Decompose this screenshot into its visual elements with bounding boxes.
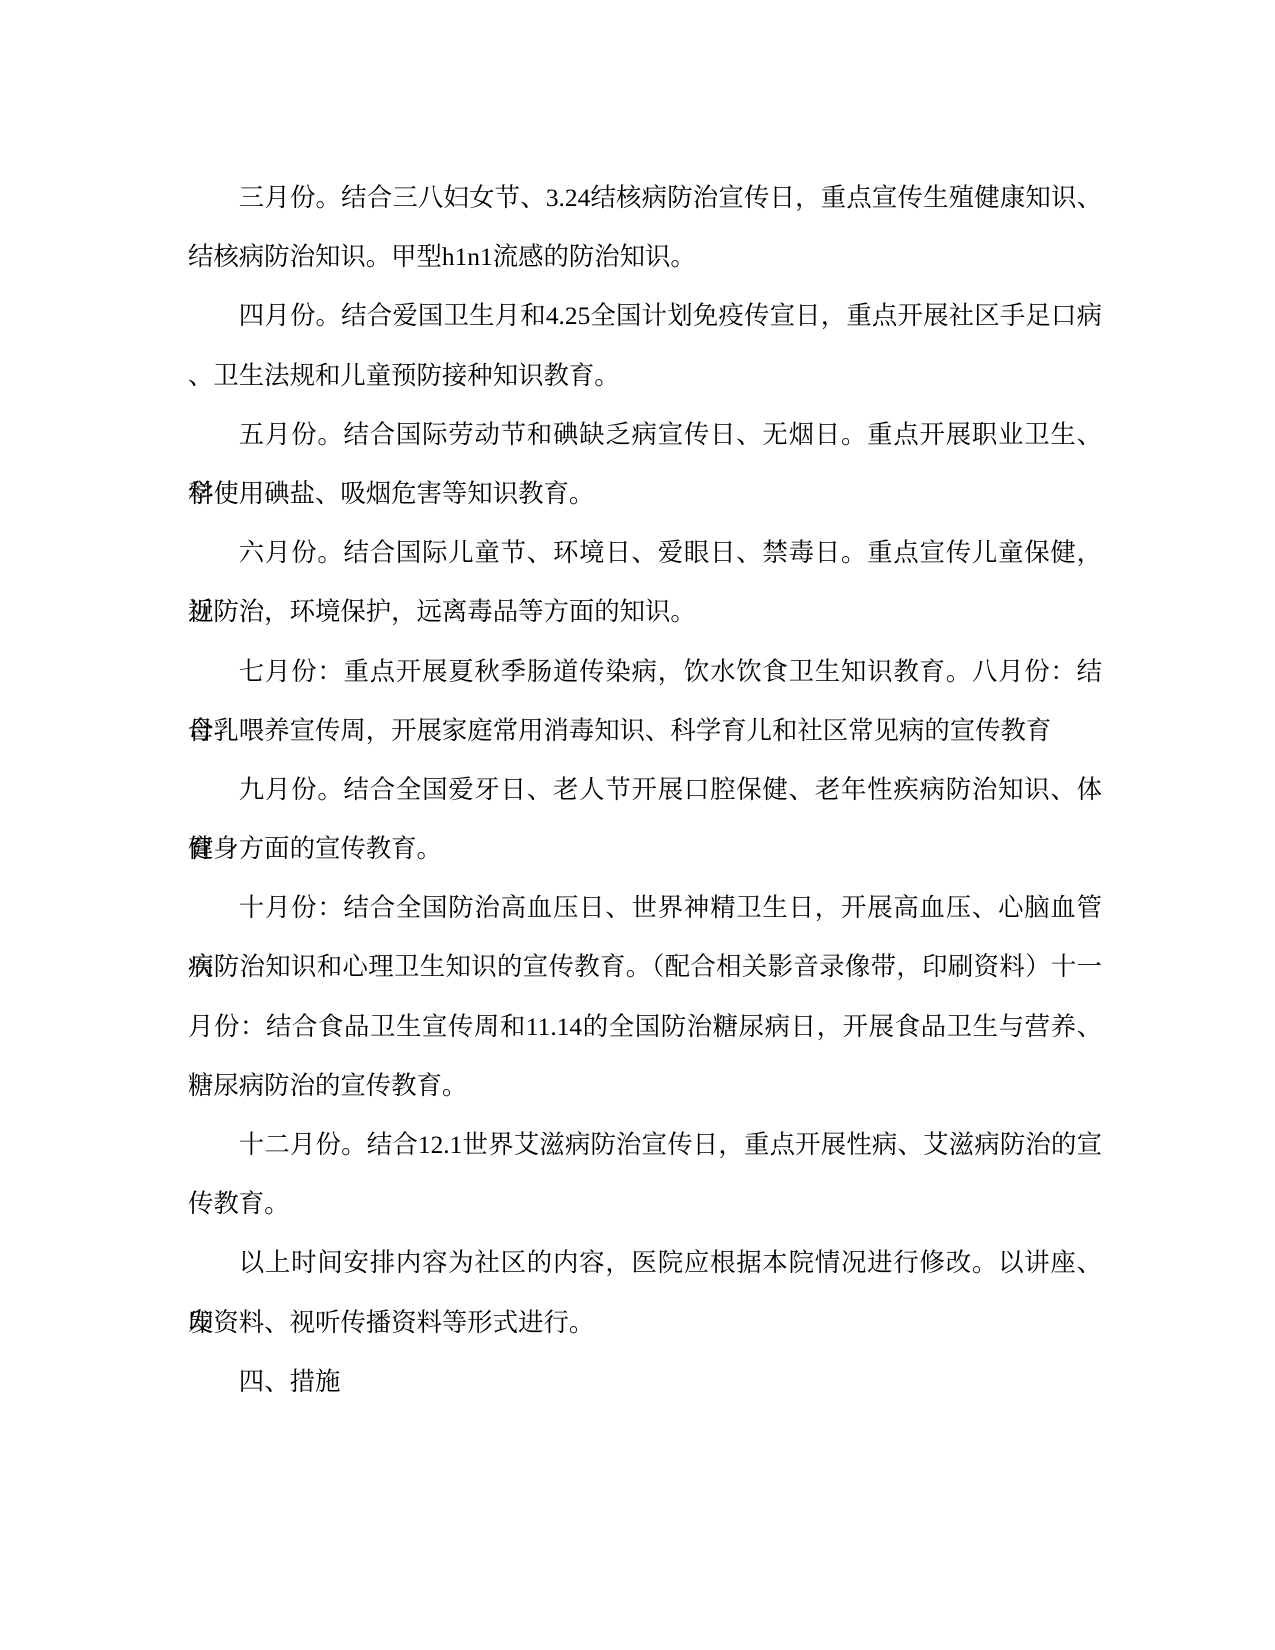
section-heading-line: 四、措施 — [188, 1353, 1102, 1412]
text-line: 结核病防治知识。甲型h1n1流感的防治知识。 — [188, 228, 1102, 287]
text-line: 健身方面的宣传教育。 — [188, 820, 1102, 879]
paragraph: 十月份：结合全国防治高血压日、世界神精卫生日，开展高血压、心脑血管疾 病防治知识… — [188, 879, 1102, 1116]
text-line: 月份：结合食品卫生宣传周和11.14的全国防治糖尿病日，开展食品卫生与营养、 — [188, 998, 1102, 1057]
paragraph: 四月份。结合爱国卫生月和4.25全国计划免疫传宣日，重点开展社区手足口病 、卫生… — [188, 287, 1102, 405]
paragraph: 十二月份。结合12.1世界艾滋病防治宣传日，重点开展性病、艾滋病防治的宣 传教育… — [188, 1116, 1102, 1234]
paragraph: 三月份。结合三八妇女节、3.24结核病防治宣传日，重点宣传生殖健康知识、 结核病… — [188, 169, 1102, 287]
document-body: 三月份。结合三八妇女节、3.24结核病防治宣传日，重点宣传生殖健康知识、 结核病… — [188, 169, 1102, 1412]
document-page: 三月份。结合三八妇女节、3.24结核病防治宣传日，重点宣传生殖健康知识、 结核病… — [0, 0, 1275, 1650]
paragraph: 以上时间安排内容为社区的内容，医院应根据本院情况进行修改。以讲座、印 发资料、视… — [188, 1234, 1102, 1352]
text-line: 十月份：结合全国防治高血压日、世界神精卫生日，开展高血压、心脑血管疾 — [188, 879, 1102, 938]
text-line: 母乳喂养宣传周，开展家庭常用消毒知识、科学育儿和社区常见病的宣传教育 — [188, 702, 1102, 761]
text-line: 发资料、视听传播资料等形式进行。 — [188, 1294, 1102, 1353]
text-line: 传教育。 — [188, 1175, 1102, 1234]
paragraph: 五月份。结合国际劳动节和碘缺乏病宣传日、无烟日。重点开展职业卫生、科 学使用碘盐… — [188, 406, 1102, 524]
text-line: 五月份。结合国际劳动节和碘缺乏病宣传日、无烟日。重点开展职业卫生、科 — [188, 406, 1102, 465]
text-line: 三月份。结合三八妇女节、3.24结核病防治宣传日，重点宣传生殖健康知识、 — [188, 169, 1102, 228]
text-line: 视防治，环境保护，远离毒品等方面的知识。 — [188, 583, 1102, 642]
paragraph: 七月份：重点开展夏秋季肠道传染病，饮水饮食卫生知识教育。八月份：结合 母乳喂养宣… — [188, 643, 1102, 761]
text-line: 四月份。结合爱国卫生月和4.25全国计划免疫传宣日，重点开展社区手足口病 — [188, 287, 1102, 346]
paragraph: 六月份。结合国际儿童节、环境日、爱眼日、禁毒日。重点宣传儿童保健，近 视防治，环… — [188, 524, 1102, 642]
text-line: 、卫生法规和儿童预防接种知识教育。 — [188, 347, 1102, 406]
text-line: 学使用碘盐、吸烟危害等知识教育。 — [188, 465, 1102, 524]
text-line: 以上时间安排内容为社区的内容，医院应根据本院情况进行修改。以讲座、印 — [188, 1234, 1102, 1293]
text-line: 九月份。结合全国爱牙日、老人节开展口腔保健、老年性疾病防治知识、体育 — [188, 761, 1102, 820]
text-line: 六月份。结合国际儿童节、环境日、爱眼日、禁毒日。重点宣传儿童保健，近 — [188, 524, 1102, 583]
text-line: 十二月份。结合12.1世界艾滋病防治宣传日，重点开展性病、艾滋病防治的宣 — [188, 1116, 1102, 1175]
text-line: 七月份：重点开展夏秋季肠道传染病，饮水饮食卫生知识教育。八月份：结合 — [188, 643, 1102, 702]
paragraph: 四、措施 — [188, 1353, 1102, 1412]
text-line: 糖尿病防治的宣传教育。 — [188, 1057, 1102, 1116]
text-line: 病防治知识和心理卫生知识的宣传教育。（配合相关影音录像带，印刷资料）十一 — [188, 938, 1102, 997]
paragraph: 九月份。结合全国爱牙日、老人节开展口腔保健、老年性疾病防治知识、体育 健身方面的… — [188, 761, 1102, 879]
